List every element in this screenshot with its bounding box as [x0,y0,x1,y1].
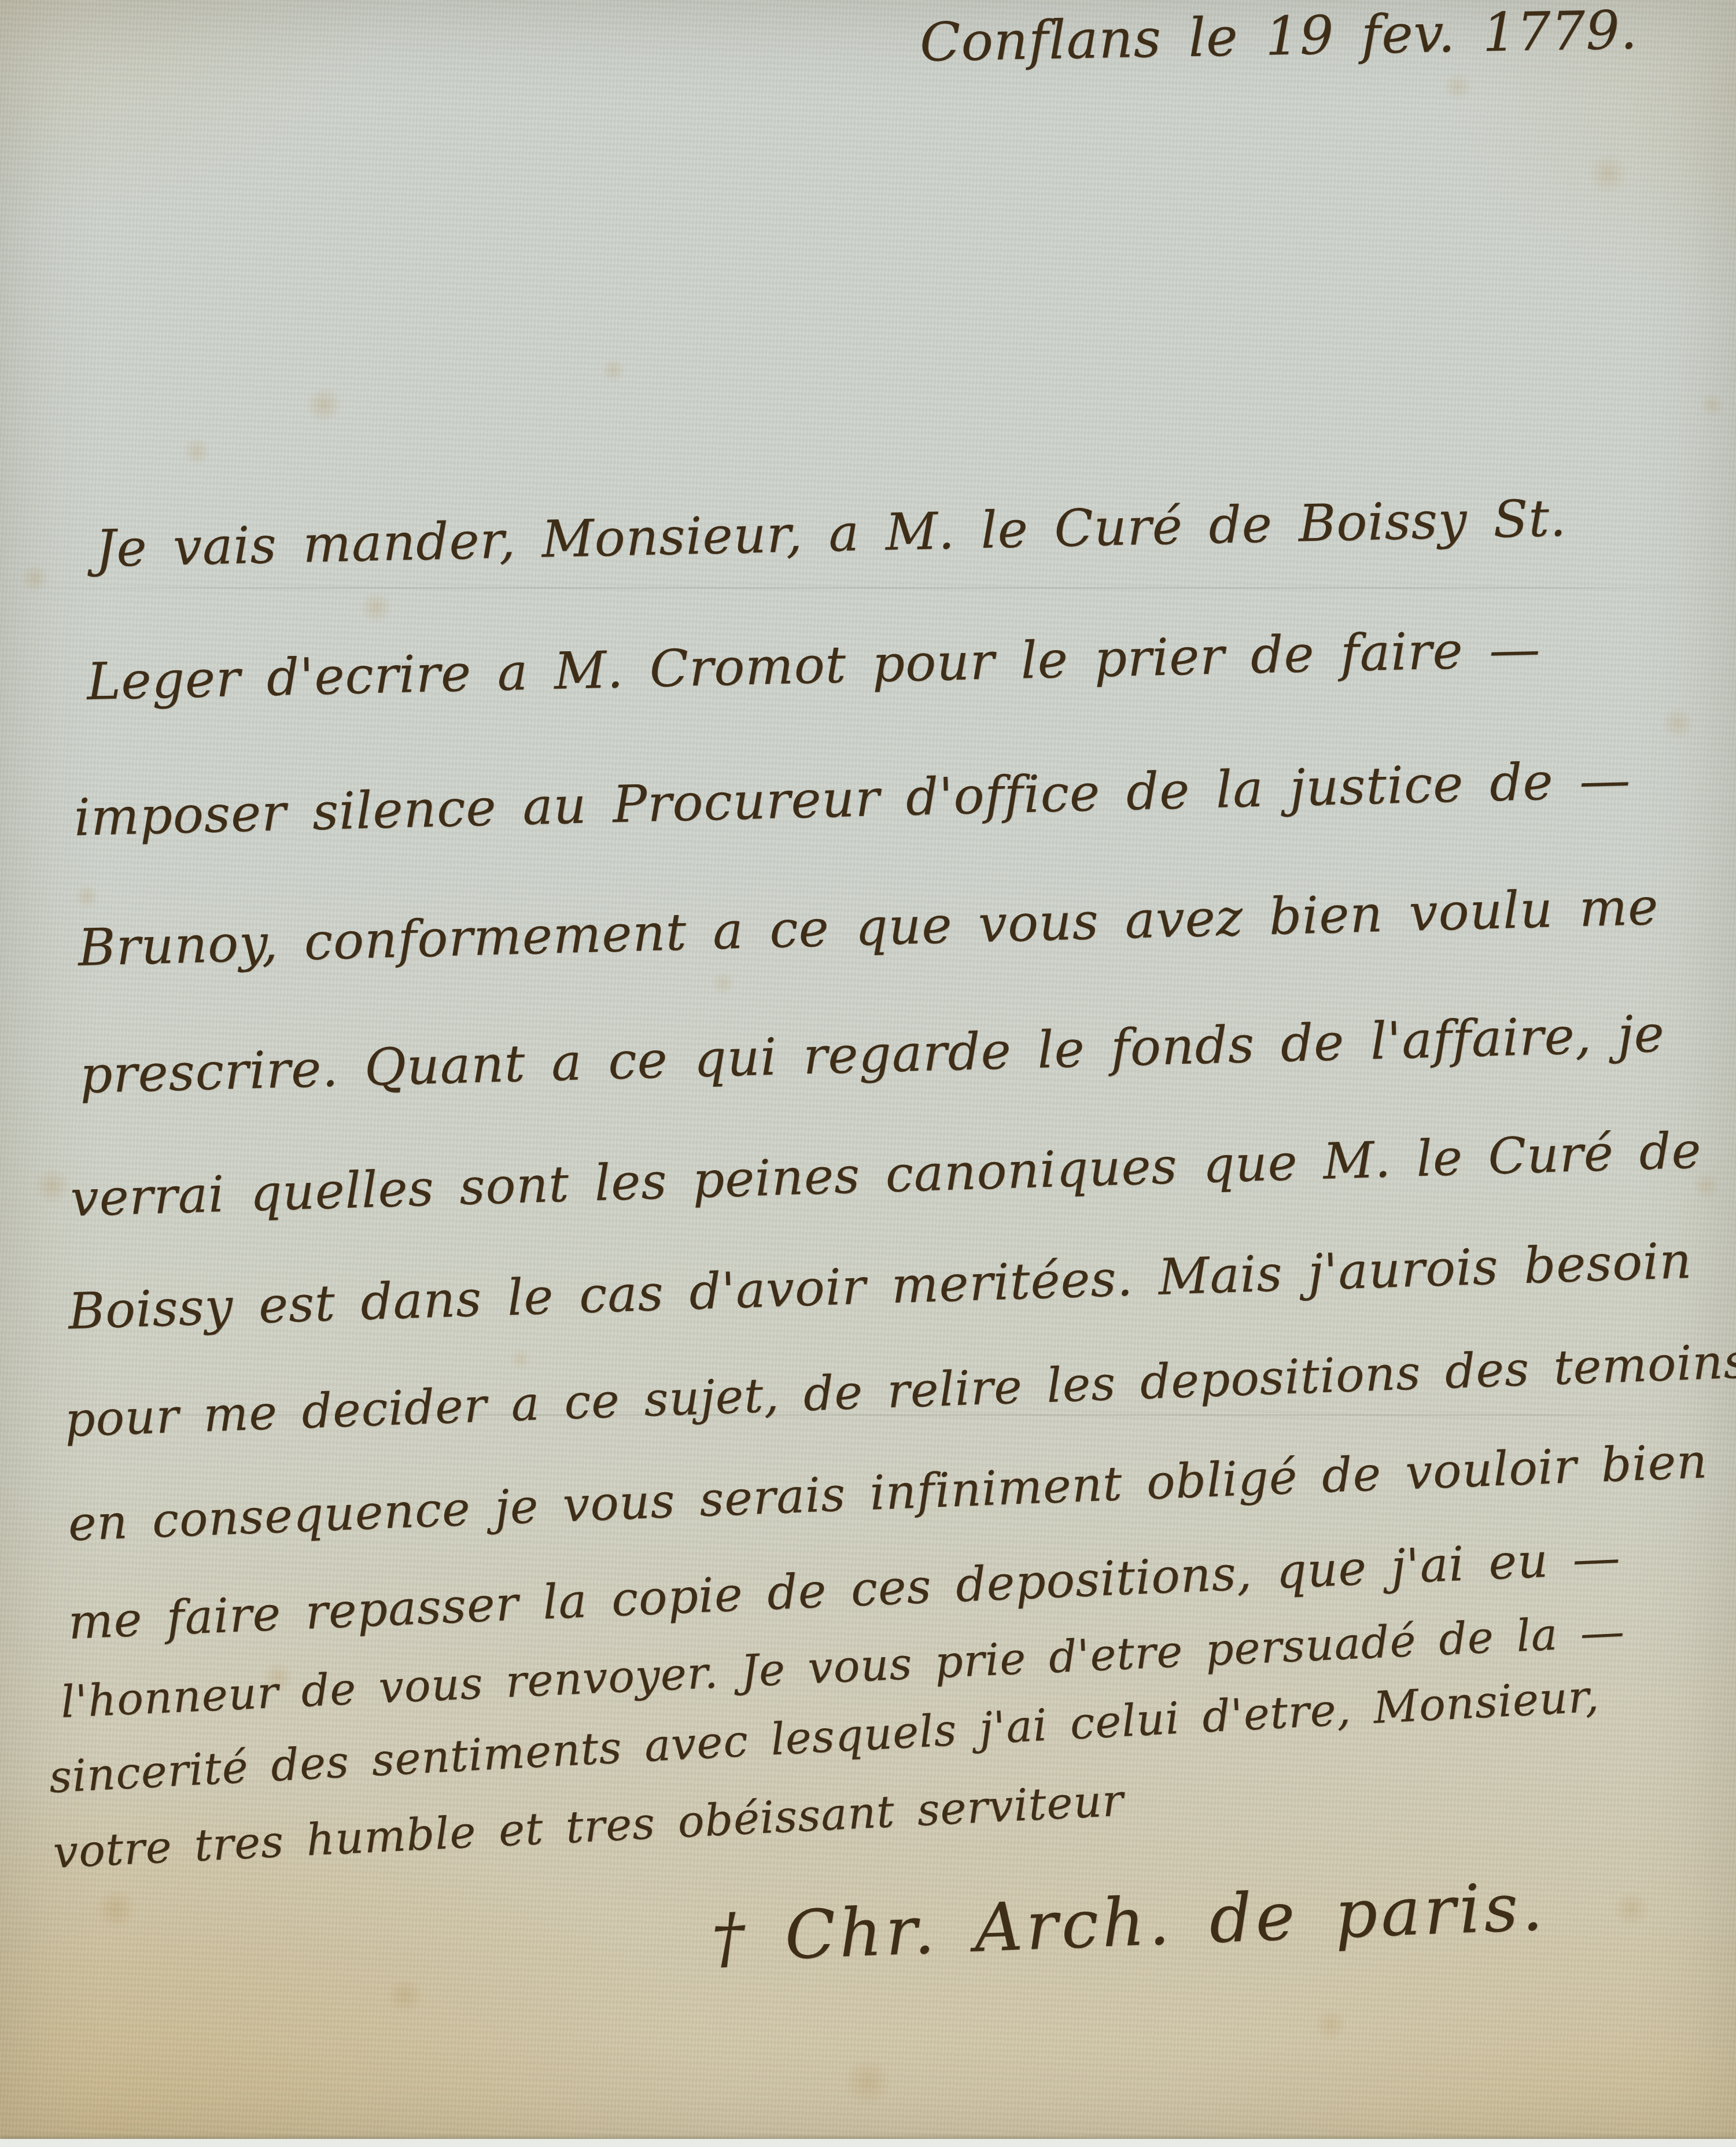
letter-line: Je vais mander, Monsieur, a M. le Curé d… [95,493,1567,574]
letter-photo: Conflans le 19 fev. 1779. Je vais mander… [0,0,1736,2147]
letter-line: verrai quelles sont les peines canonique… [70,1126,1702,1224]
letter-line: Leger d'ecrire a M. Cromot pour le prier… [86,624,1541,707]
scan-edge [0,2139,1736,2147]
letter-line: imposer silence au Procureur d'office de… [73,754,1631,843]
letter-line: Boissy est dans le cas d'avoir meritées.… [68,1236,1693,1337]
signature: † Chr. Arch. de paris. [710,1874,1547,1972]
paper-crease [0,587,1736,589]
letter-line: prescrire. Quant a ce qui regarde le fon… [79,1008,1665,1101]
letter-page: Conflans le 19 fev. 1779. Je vais mander… [0,0,1736,2147]
letter-line: Brunoy, conformement a ce que vous avez … [78,881,1659,973]
letter-line: pour me decider a ce sujet, de relire le… [64,1337,1736,1444]
dateline: Conflans le 19 fev. 1779. [919,3,1638,69]
letter-line: en consequence je vous serais infiniment… [67,1438,1708,1548]
